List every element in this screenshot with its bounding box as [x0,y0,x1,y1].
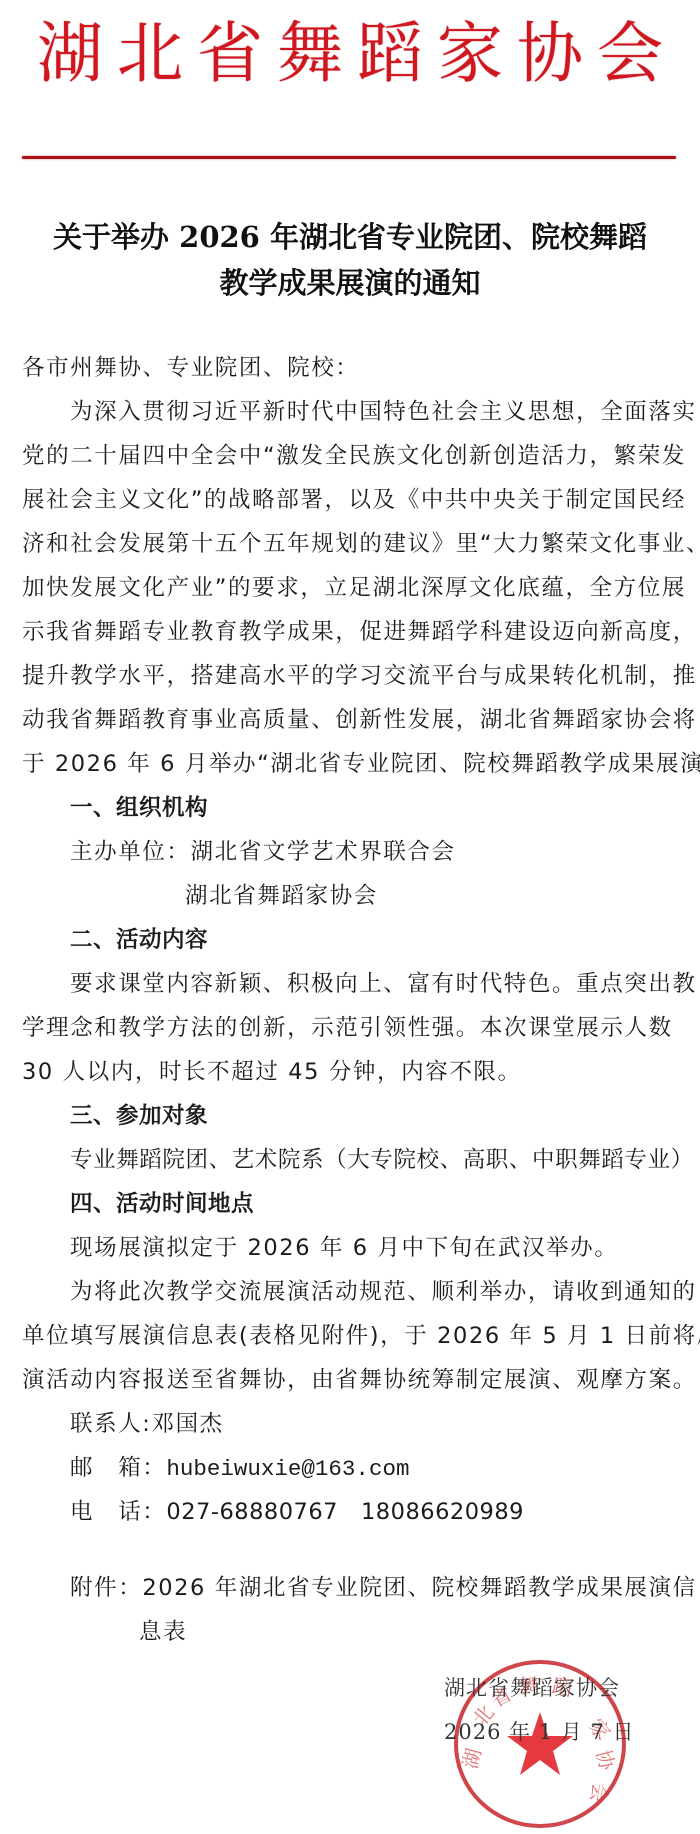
paragraph-line: 专业舞蹈院团、艺术院系（大专院校、高职、中职舞蹈专业） [22,1138,678,1182]
paragraph-line: 演活动内容报送至省舞协，由省舞协统筹制定展演、观摩方案。 [22,1358,678,1402]
paragraph-line: 示我省舞蹈专业教育教学成果，促进舞蹈学科建设迈向新高度， [22,610,678,654]
attachment-name: 2026 年湖北省专业院团、院校舞蹈教学成果展演信 [142,1575,696,1601]
host-name: 湖北省舞蹈家协会 [22,874,678,918]
paragraph-line: 展社会主义文化”的战略部署，以及《中共中央关于制定国民经 [22,478,678,522]
paragraph-line: 单位填写展演信息表(表格见附件)，于 2026 年 5 月 1 日前将展 [22,1314,678,1358]
phone-value: 027-68880767 18086620989 [166,1499,524,1525]
intro-paragraph: 为深入贯彻习近平新时代中国特色社会主义思想，全面落实 党的二十届四中全会中“激发… [22,390,678,786]
letterhead-organization: 湖北省舞蹈家协会 [23,14,677,94]
paragraph-line: 现场展演拟定于 2026 年 6 月中下旬在武汉举办。 [22,1226,678,1270]
document-title: 关于举办 2026 年湖北省专业院团、院校舞蹈 教学成果展演的通知 [0,214,700,306]
contact-person: 联系人:邓国杰 [22,1402,678,1446]
phone-label: 电 话： [70,1499,166,1525]
title-line: 教学成果展演的通知 [0,260,700,306]
letterhead-divider [22,156,676,159]
paragraph-line: 提升教学水平，搭建高水平的学习交流平台与成果转化机制，推 [22,654,678,698]
paragraph-line: 30 人以内，时长不超过 45 分钟，内容不限。 [22,1050,678,1094]
section-organization: 一、组织机构 主办单位：湖北省文学艺术界联合会 湖北省舞蹈家协会 [22,786,678,918]
contact-phone-row: 电 话：027-68880767 18086620989 [22,1490,678,1534]
document-body: 各市州舞协、专业院团、院校： 为深入贯彻习近平新时代中国特色社会主义思想，全面落… [22,346,678,1654]
email-label: 邮 箱： [70,1455,166,1481]
paragraph-line: 济和社会发展第十五个五年规划的建议》里“大力繁荣文化事业、 [22,522,678,566]
title-line: 关于举办 2026 年湖北省专业院团、院校舞蹈 [0,214,700,260]
section-content: 二、活动内容 要求课堂内容新颖、积极向上、富有时代特色。重点突出教 学理念和教学… [22,918,678,1094]
paragraph-line: 于 2026 年 6 月举办“湖北省专业院团、院校舞蹈教学成果展演”。 [22,742,678,786]
signature-organization: 湖北省舞蹈家协会 [444,1666,620,1710]
paragraph-line: 党的二十届四中全会中“激发全民族文化创新创造活力，繁荣发 [22,434,678,478]
attachment-label: 附件： [70,1575,142,1601]
host-name: 湖北省文学艺术界联合会 [191,839,456,865]
contact-info: 联系人:邓国杰 邮 箱：hubeiwuxie@163.com 电 话：027-6… [22,1402,678,1534]
email-value[interactable]: hubeiwuxie@163.com [166,1456,409,1482]
section-heading: 二、活动内容 [22,918,678,962]
attachment: 附件：2026 年湖北省专业院团、院校舞蹈教学成果展演信 息表 [22,1566,678,1654]
paragraph-line: 要求课堂内容新颖、积极向上、富有时代特色。重点突出教 [22,962,678,1006]
host-label: 主办单位： [70,839,191,865]
salutation: 各市州舞协、专业院团、院校： [22,346,678,390]
paragraph-line: 学理念和教学方法的创新，示范引领性强。本次课堂展示人数 [22,1006,678,1050]
section-time-place: 四、活动时间地点 现场展演拟定于 2026 年 6 月中下旬在武汉举办。 为将此… [22,1182,678,1402]
section-heading: 四、活动时间地点 [22,1182,678,1226]
paragraph-line: 动我省舞蹈教育事业高质量、创新性发展，湖北省舞蹈家协会将 [22,698,678,742]
section-heading: 一、组织机构 [22,786,678,830]
section-heading: 三、参加对象 [22,1094,678,1138]
contact-email-row: 邮 箱：hubeiwuxie@163.com [22,1446,678,1490]
letterhead: 湖北省舞蹈家协会 [0,14,700,94]
paragraph-line: 加快发展文化产业”的要求，立足湖北深厚文化底蕴，全方位展 [22,566,678,610]
paragraph-line: 为深入贯彻习近平新时代中国特色社会主义思想，全面落实 [22,390,678,434]
signature-date: 2026 年 1 月 7 日 [444,1710,635,1754]
attachment-name-continued: 息表 [22,1610,678,1654]
host-row: 主办单位：湖北省文学艺术界联合会 [22,830,678,874]
paragraph-line: 为将此次教学交流展演活动规范、顺利举办，请收到通知的 [22,1270,678,1314]
svg-text:会: 会 [586,1781,613,1805]
section-participants: 三、参加对象 专业舞蹈院团、艺术院系（大专院校、高职、中职舞蹈专业） [22,1094,678,1182]
attachment-row: 附件：2026 年湖北省专业院团、院校舞蹈教学成果展演信 [22,1566,678,1610]
